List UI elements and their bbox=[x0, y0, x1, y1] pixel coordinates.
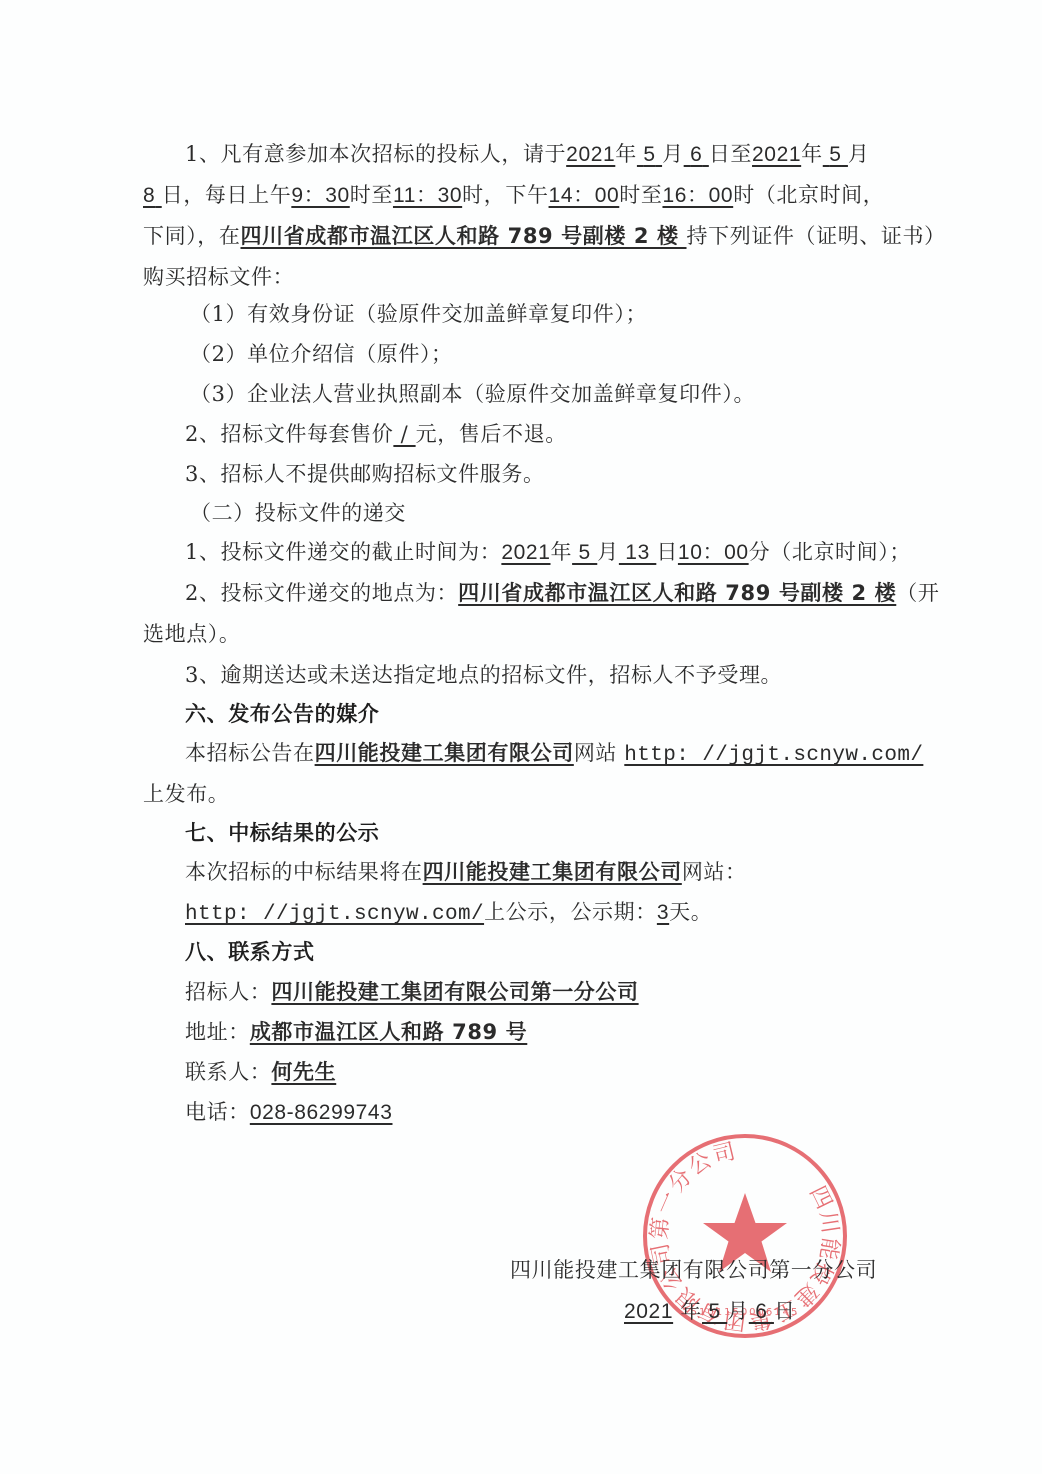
text: 网站 bbox=[574, 741, 624, 765]
tenderer-line: 招标人：四川能投建工集团有限公司第一分公司 bbox=[185, 978, 915, 1006]
section-seven-title: 七、中标结果的公示 bbox=[185, 819, 915, 847]
end-day-value: 8 bbox=[143, 184, 155, 207]
signature-year: 2021 bbox=[624, 1300, 673, 1323]
end-month-value: 5 bbox=[829, 143, 841, 166]
contact-label: 联系人： bbox=[185, 1060, 271, 1084]
text: 年 bbox=[615, 142, 637, 166]
required-document-2: （2）单位介绍信（原件）； bbox=[190, 340, 920, 368]
text: 1、凡有意参加本次招标的投标人，请于 bbox=[185, 142, 566, 166]
publisher-company: 四川能投建工集团有限公司 bbox=[315, 741, 574, 765]
result-announcement-line: 本次招标的中标结果将在四川能投建工集团有限公司网站： bbox=[185, 858, 915, 886]
deadline-year: 2021 bbox=[501, 541, 550, 564]
text: 分（北京时间）； bbox=[749, 540, 911, 564]
announcement-url-link[interactable]: http: //jgjt.scnyw.com/ bbox=[185, 903, 484, 926]
text: 时至 bbox=[619, 183, 662, 207]
submission-title: （二）投标文件的递交 bbox=[190, 499, 920, 527]
late-submission-line: 3、逾期送达或未送达指定地点的招标文件，招标人不予受理。 bbox=[185, 661, 915, 689]
text: 持下列证件（证明、证书） bbox=[687, 224, 946, 248]
deadline-day: 13 bbox=[619, 541, 656, 564]
text: 日 bbox=[774, 1299, 796, 1323]
address-label: 地址： bbox=[185, 1020, 250, 1044]
submission-location-line: 2、投标文件递交的地点为：四川省成都市温江区人和路 789 号副楼 2 楼（开 bbox=[185, 579, 915, 607]
am-end-time: 11：30 bbox=[393, 184, 462, 207]
text: （开 bbox=[896, 581, 939, 605]
section-six-title: 六、发布公告的媒介 bbox=[185, 700, 915, 728]
text: 时（北京时间， bbox=[733, 183, 884, 207]
signature-day: 6 bbox=[749, 1300, 774, 1323]
text: 时，下午 bbox=[462, 183, 548, 207]
publish-media-continuation: 上发布。 bbox=[143, 780, 873, 808]
start-month-value: 5 bbox=[643, 143, 655, 166]
document-price-line: 2、招标文件每套售价 / 元，售后不退。 bbox=[185, 420, 915, 448]
document-page: 1、凡有意参加本次招标的投标人，请于2021年 5 月 6 日至2021年 5 … bbox=[0, 0, 1042, 1474]
address-value: 成都市温江区人和路 789 号 bbox=[250, 1020, 527, 1044]
required-document-3: （3）企业法人营业执照副本（验原件交加盖鲜章复印件）。 bbox=[190, 380, 920, 408]
start-day-value: 6 bbox=[690, 143, 702, 166]
phone-value: 028-86299743 bbox=[250, 1101, 393, 1124]
purchase-period-line-2: 8 日，每日上午9：30时至11：30时，下午14：00时至16：00时（北京时… bbox=[143, 181, 873, 210]
pm-end-time: 16：00 bbox=[662, 184, 733, 207]
text: 月 bbox=[662, 142, 684, 166]
text: 上公示，公示期： bbox=[484, 900, 657, 924]
section-eight-title: 八、联系方式 bbox=[185, 938, 915, 966]
text: 日至 bbox=[709, 142, 752, 166]
text: 下同），在 bbox=[143, 224, 241, 248]
text: 日 bbox=[656, 540, 678, 564]
end-month: 5 bbox=[823, 143, 848, 166]
text: 年 bbox=[673, 1299, 702, 1323]
text: 月 bbox=[597, 540, 619, 564]
deadline-time: 10：00 bbox=[678, 541, 749, 564]
end-year: 2021 bbox=[752, 143, 801, 166]
announcement-company: 四川能投建工集团有限公司 bbox=[423, 860, 682, 884]
text: 月 bbox=[727, 1299, 749, 1323]
document-price: / bbox=[393, 422, 415, 446]
tenderer-value: 四川能投建工集团有限公司第一分公司 bbox=[271, 980, 638, 1004]
text: 本次招标的中标结果将在 bbox=[185, 860, 423, 884]
phone-line: 电话：028-86299743 bbox=[185, 1098, 915, 1127]
start-month: 5 bbox=[637, 143, 662, 166]
phone-label: 电话： bbox=[185, 1100, 250, 1124]
signature-month: 5 bbox=[702, 1300, 727, 1323]
text: 天。 bbox=[669, 900, 712, 924]
submission-location: 四川省成都市温江区人和路 789 号副楼 2 楼 bbox=[458, 581, 896, 605]
text: 本招标公告在 bbox=[185, 741, 315, 765]
purchase-location: 四川省成都市温江区人和路 789 号副楼 2 楼 bbox=[241, 224, 687, 248]
required-document-1: （1）有效身份证（验原件交加盖鲜章复印件）； bbox=[190, 300, 920, 328]
purchase-docs-line: 购买招标文件： bbox=[143, 263, 873, 291]
pm-start-time: 14：00 bbox=[549, 184, 620, 207]
text: 月 bbox=[848, 142, 870, 166]
contact-line: 联系人：何先生 bbox=[185, 1058, 915, 1086]
purchase-period-line-1: 1、凡有意参加本次招标的投标人，请于2021年 5 月 6 日至2021年 5 … bbox=[185, 140, 915, 169]
text: 年 bbox=[551, 540, 573, 564]
publish-media-line: 本招标公告在四川能投建工集团有限公司网站 http: //jgjt.scnyw.… bbox=[185, 739, 915, 770]
text: 网站： bbox=[682, 860, 747, 884]
text: 2、招标文件每套售价 bbox=[185, 422, 393, 446]
start-year: 2021 bbox=[566, 143, 615, 166]
address-line: 地址：成都市温江区人和路 789 号 bbox=[185, 1018, 915, 1046]
text: 2、投标文件递交的地点为： bbox=[185, 581, 458, 605]
text: 日，每日上午 bbox=[162, 183, 292, 207]
contact-value: 何先生 bbox=[271, 1060, 336, 1084]
signature-company: 四川能投建工集团有限公司第一分公司 bbox=[510, 1256, 877, 1284]
end-day: 8 bbox=[143, 184, 162, 207]
text: 1、投标文件递交的截止时间为： bbox=[185, 540, 501, 564]
result-announcement-url-line: http: //jgjt.scnyw.com/上公示，公示期：3天。 bbox=[185, 898, 915, 929]
tenderer-label: 招标人： bbox=[185, 980, 271, 1004]
no-mail-order-line: 3、招标人不提供邮购招标文件服务。 bbox=[185, 460, 915, 488]
text: 年 bbox=[801, 142, 823, 166]
publish-url-link[interactable]: http: //jgjt.scnyw.com/ bbox=[624, 744, 923, 767]
submission-deadline-line: 1、投标文件递交的截止时间为：2021年 5 月 13 日10：00分（北京时间… bbox=[185, 538, 915, 567]
text: 时至 bbox=[350, 183, 393, 207]
submission-location-continuation: 选地点）。 bbox=[143, 620, 873, 648]
text: 元，售后不退。 bbox=[416, 422, 567, 446]
deadline-month: 5 bbox=[572, 541, 597, 564]
purchase-location-line: 下同），在四川省成都市温江区人和路 789 号副楼 2 楼 持下列证件（证明、证… bbox=[143, 222, 873, 250]
start-day: 6 bbox=[684, 143, 709, 166]
signature-date: 2021 年 5 月 6 日 bbox=[624, 1297, 796, 1326]
am-start-time: 9：30 bbox=[291, 184, 349, 207]
announcement-days: 3 bbox=[657, 901, 669, 924]
